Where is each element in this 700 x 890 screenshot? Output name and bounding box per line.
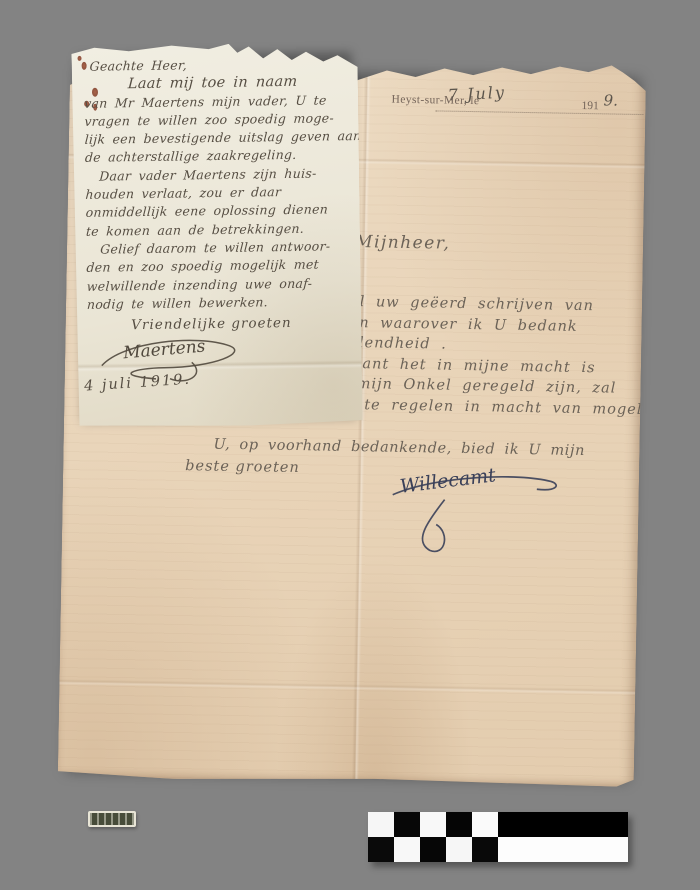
photo-background: Heyst-sur-Mer, le 7 July 191 9. Mijnheer… [0, 0, 700, 890]
letter-body-block: el uw geëerd schrijven vanen waarover ik… [348, 292, 671, 421]
photo-scale-bar [368, 812, 628, 862]
letter-signature: Willecamt [386, 465, 578, 565]
letterhead-handwritten-date: 7 July [447, 83, 506, 105]
scale-bar-row-bottom [368, 837, 628, 862]
scale-bar-cell [446, 812, 472, 837]
letter-signature-text: Willecamt [399, 465, 498, 498]
scale-bar-cell [472, 812, 498, 837]
letterhead-year-printed: 191 [581, 100, 598, 112]
color-chip [88, 811, 136, 827]
scale-bar-cell [420, 837, 446, 862]
scale-bar-cell [498, 812, 628, 837]
note-signature-text: Maertens [121, 336, 206, 363]
scale-bar-cell [420, 812, 446, 837]
scale-bar-cell [446, 837, 472, 862]
scale-bar-row-top [368, 812, 628, 837]
scale-bar-cell [394, 812, 420, 837]
scale-bar-cell [394, 837, 420, 862]
note-line: nodig te willen bewerken. [86, 292, 364, 314]
letterhead-year-handwritten: 9. [603, 91, 618, 109]
letter-body-line: te regelen in macht van mogelijk. [364, 395, 669, 421]
letter-salutation: Mijnheer, [355, 232, 451, 254]
scale-bar-cell [498, 837, 628, 862]
note-sheet: Geachte Heer,Laat mij toe in naamvan Mr … [71, 42, 362, 428]
letter-closing-line-2: beste groeten [185, 458, 300, 476]
scale-bar-cell [368, 837, 394, 862]
rust-stain [77, 56, 81, 61]
note-text-block: Geachte Heer,Laat mij toe in naamvan Mr … [84, 54, 364, 314]
color-chip-inner [90, 813, 134, 825]
scale-bar-cell [368, 812, 394, 837]
scale-bar-cell [472, 837, 498, 862]
letterhead-date-rule [435, 110, 643, 115]
letter-closing-line-1: U, op voorhand bedankende, bied ik U mij… [213, 437, 585, 459]
horizontal-crease [59, 679, 635, 695]
